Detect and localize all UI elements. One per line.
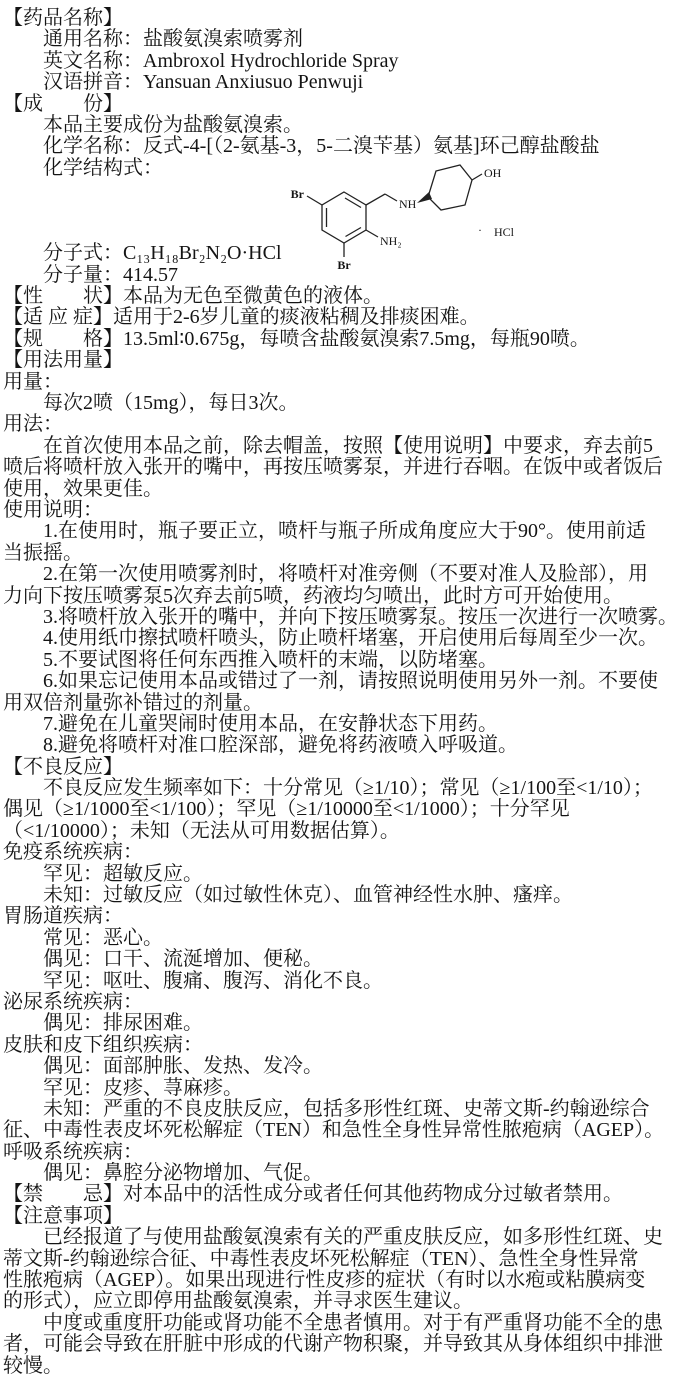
text-line: 6.如果忘记使用本品或错过了一剂，请按照说明使用另外一剂。不要使: [3, 671, 673, 692]
text-line: 偶见：口干、流涎增加、便秘。: [3, 949, 673, 970]
text-line: 中度或重度肝功能或肾功能不全患者慎用。对于有严重肾功能不全的患: [3, 1313, 673, 1334]
text-line: 胃肠道疾病：: [3, 906, 673, 927]
text-line: 1.在使用时，瓶子要正立，喷杆与瓶子所成角度应大于90°。使用前适: [3, 521, 673, 542]
text-line: 力向下按压喷雾泵5次弃去前5喷，药液均匀喷出，此时方可开始使用。: [3, 586, 673, 607]
drug-leaflet-page: 【药品名称】通用名称：盐酸氨溴索喷雾剂英文名称：Ambroxol Hydroch…: [0, 0, 676, 1384]
chemical-structure-diagram: Br Br NH₂ NH OH · HCl: [220, 158, 530, 298]
text-line: 常见：恶心。: [3, 928, 673, 949]
text-line: 每次2喷（15mg），每日3次。: [3, 393, 673, 414]
text-line: 在首次使用本品之前，除去帽盖，按照【使用说明】中要求，弃去前5: [3, 436, 673, 457]
text-line: 不良反应发生频率如下：十分常见（≥1/10）；常见（≥1/100至<1/10）；: [3, 778, 673, 799]
text-line: 较慢。: [3, 1356, 673, 1377]
text-line: 化学名称：反式-4-[（2-氨基-3，5-二溴苄基）氨基]环己醇盐酸盐: [3, 136, 673, 157]
text-line: 使用说明：: [3, 500, 673, 521]
text-line: 用法：: [3, 414, 673, 435]
text-line: 皮肤和皮下组织疾病：: [3, 1035, 673, 1056]
text-line: 征、中毒性表皮坏死松解症（TEN）和急性全身性异常性脓疱病（AGEP）。: [3, 1120, 673, 1141]
text-line: 4.使用纸巾擦拭喷杆喷头，防止喷杆堵塞，开启使用后每周至少一次。: [3, 628, 673, 649]
hcl-label: HCl: [494, 225, 515, 239]
text-line: 性脓疱病（AGEP）。如果出现进行性皮疹的症状（有时以水疱或粘膜病变: [3, 1270, 673, 1291]
text-line: 3.将喷杆放入张开的嘴中，并向下按压喷雾泵。按压一次进行一次喷雾。: [3, 607, 673, 628]
text-line: 使用，效果更佳。: [3, 479, 673, 500]
text-line: 通用名称：盐酸氨溴索喷雾剂: [3, 29, 673, 50]
section-heading-line: 【用法用量】: [3, 350, 673, 371]
text-line: （<1/10000）；未知（无法从可用数据估算）。: [3, 821, 673, 842]
text-line: 罕见：超敏反应。: [3, 864, 673, 885]
text-line: 未知：严重的不良皮肤反应，包括多形性红斑、史蒂文斯-约翰逊综合: [3, 1099, 673, 1120]
section-heading-line: 【不良反应】: [3, 757, 673, 778]
text-line: 7.避免在儿童哭闹时使用本品，在安静状态下用药。: [3, 714, 673, 735]
section-heading-line: 【禁 忌】对本品中的活性成分或者任何其他药物成分过敏者禁用。: [3, 1184, 673, 1205]
br-bottom-label: Br: [337, 258, 351, 272]
benzene-ring: [322, 192, 366, 243]
cyclohexane-ring: [428, 165, 472, 210]
br-top-label: Br: [291, 187, 305, 201]
text-line: 罕见：皮疹、荨麻疹。: [3, 1078, 673, 1099]
text-line: 喷后将喷杆放入张开的嘴中，再按压喷雾泵，并进行吞咽。在饭中或者饭后: [3, 457, 673, 478]
text-line: 者，可能会导致在肝脏中形成的代谢产物积聚，并导致其从身体组织中排泄: [3, 1334, 673, 1355]
section-heading-line: 【适 应 症】适用于2-6岁儿童的痰液粘稠及排痰困难。: [3, 307, 673, 328]
text-line: 本品主要成份为盐酸氨溴索。: [3, 115, 673, 136]
hcl-dot: ·: [478, 223, 482, 237]
text-line: 免疫系统疾病：: [3, 842, 673, 863]
text-line: 蒂文斯-约翰逊综合征、中毒性表皮坏死松解症（TEN）、急性全身性异常: [3, 1249, 673, 1270]
text-line: 呼吸系统疾病：: [3, 1142, 673, 1163]
nh2-label: NH₂: [380, 234, 402, 248]
section-heading-line: 【成 份】: [3, 94, 673, 115]
text-line: 已经报道了与使用盐酸氨溴索有关的严重皮肤反应，如多形性红斑、史: [3, 1227, 673, 1248]
text-line: 未知：过敏反应（如过敏性休克）、血管神经性水肿、瘙痒。: [3, 885, 673, 906]
nh-label: NH: [399, 197, 417, 211]
section-heading-line: 【注意事项】: [3, 1206, 673, 1227]
text-line: 罕见：呕吐、腹痛、腹泻、消化不良。: [3, 971, 673, 992]
text-line: 当振摇。: [3, 543, 673, 564]
text-line: 偶见（≥1/1000至<1/100）；罕见（≥1/10000至<1/1000）；…: [3, 799, 673, 820]
oh-label: OH: [484, 166, 502, 180]
text-line: 偶见：排尿困难。: [3, 1013, 673, 1034]
text-line: 的形式），应立即停用盐酸氨溴索，并寻求医生建议。: [3, 1291, 673, 1312]
text-line: 偶见：面部肿胀、发热、发冷。: [3, 1056, 673, 1077]
text-line: 5.不要试图将任何东西推入喷杆的末端，以防堵塞。: [3, 650, 673, 671]
text-line: 用量：: [3, 372, 673, 393]
text-line: 2.在第一次使用喷雾剂时，将喷杆对准旁侧（不要对准人及脸部），用: [3, 564, 673, 585]
text-line: 偶见：鼻腔分泌物增加、气促。: [3, 1163, 673, 1184]
section-heading-line: 【规 格】13.5ml∶0.675g，每喷含盐酸氨溴索7.5mg，每瓶90喷。: [3, 329, 673, 350]
text-line: 汉语拼音：Yansuan Anxiusuo Penwuji: [3, 72, 673, 93]
text-line: 用双倍剂量弥补错过的剂量。: [3, 693, 673, 714]
stereo-wedge-bond: [417, 192, 432, 203]
section-heading-line: 【药品名称】: [3, 8, 673, 29]
text-line: 泌尿系统疾病：: [3, 992, 673, 1013]
text-line: 8.避免将喷杆对准口腔深部，避免将药液喷入呼吸道。: [3, 735, 673, 756]
text-line: 英文名称：Ambroxol Hydrochloride Spray: [3, 51, 673, 72]
